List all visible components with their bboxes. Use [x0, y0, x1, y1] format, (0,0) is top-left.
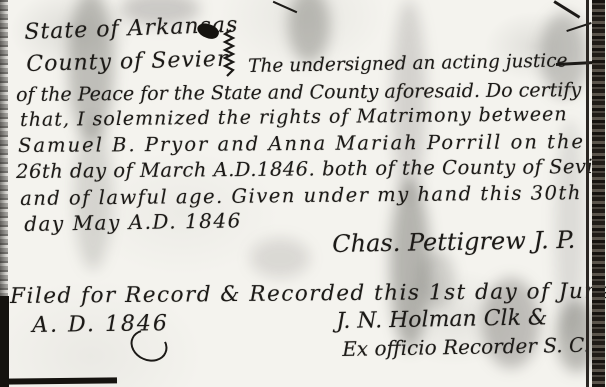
page-edge-right-line: [586, 0, 589, 387]
body-line: of the Peace for the State and County af…: [16, 79, 581, 106]
body-line: 26th day of March A.D.1846. both of the …: [16, 155, 606, 183]
smudge-stain: [288, 0, 330, 63]
page-edge-bottom: [3, 377, 117, 384]
smudge-stain: [250, 238, 310, 278]
county-line: County of Sevier: [26, 47, 229, 77]
body-line: that, I solemnized the rights of Matrimo…: [20, 103, 568, 131]
body-line-intro: The undersigned an acting justice: [248, 50, 568, 77]
body-line: Samuel B. Pryor and Anna Mariah Porrill …: [18, 130, 585, 157]
clerk-signature: J. N. Holman Clk &: [336, 305, 548, 334]
body-line: and of lawful age. Given under my hand t…: [20, 181, 582, 210]
filing-line: Filed for Record & Recorded this 1st day…: [10, 279, 606, 309]
officiant-signature: Chas. Pettigrew J. P.: [332, 226, 576, 258]
page-corner-left: [0, 296, 9, 387]
page-binding-edge: [592, 0, 605, 387]
pen-mark: [273, 1, 298, 13]
body-line: day May A.D. 1846: [24, 208, 242, 236]
document-scan: State of Arkansas County of Sevier The u…: [0, 0, 606, 387]
clerk-title-line: Ex officio Recorder S. C.: [342, 333, 590, 361]
pen-mark: [554, 0, 581, 18]
